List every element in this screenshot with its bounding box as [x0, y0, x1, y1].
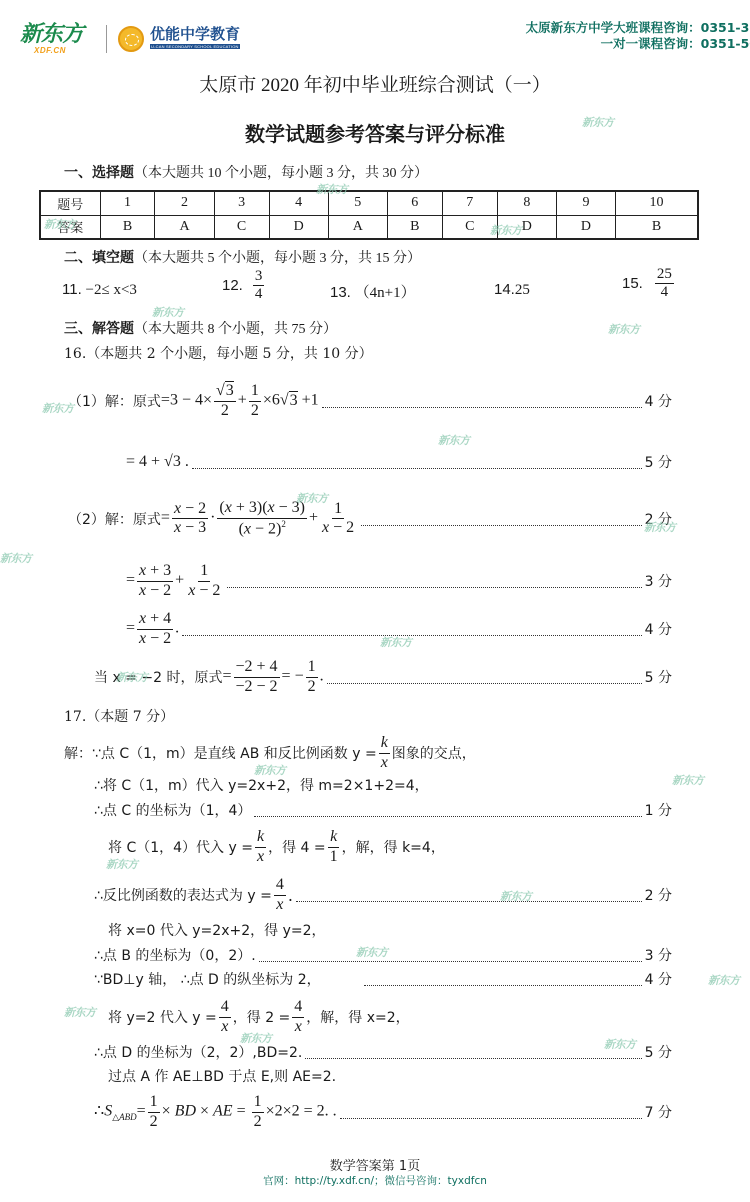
ucan-logo: 优能中学教育 U-CAN SECONDARY SCHOOL EDUCATION — [150, 26, 240, 49]
numerator: 3 — [253, 268, 265, 286]
dotted-leader — [327, 683, 642, 684]
table-cell: 10 — [616, 191, 699, 215]
watermark-logo: 新东方 — [604, 1036, 636, 1052]
score: 1 分 — [645, 800, 672, 820]
fraction: 4x — [274, 876, 286, 914]
dotted-leader — [254, 816, 641, 817]
text: 将 C（1，4）代入 y = — [108, 837, 253, 857]
contact-line-2: 一对一课程咨询：0351-50 — [526, 36, 750, 52]
section-1-heading: 一、选择题（本大题共 10 个小题，每小题 3 分，共 30 分） — [64, 162, 428, 182]
section-2-heading: 二、填空题（本大题共 5 个小题，每小题 3 分，共 15 分） — [64, 247, 421, 267]
score: 3 分 — [645, 571, 672, 591]
item-number: 13. — [330, 284, 351, 301]
table-cell: D — [269, 215, 328, 239]
fill-answer-12: 12. 34 — [222, 268, 266, 304]
text: ，得 4 = — [268, 837, 326, 857]
watermark-logo: 新东方 — [116, 669, 148, 685]
score: 4 分 — [645, 969, 672, 989]
table-cell: 3 — [214, 191, 269, 215]
table-header-question: 题号 — [40, 191, 100, 215]
watermark-logo: 新东方 — [42, 400, 74, 416]
score: 5 分 — [645, 452, 672, 472]
section-desc: （本大题共 10 个小题，每小题 3 分，共 30 分） — [134, 166, 428, 181]
dotted-leader — [259, 961, 642, 962]
watermark-logo: 新东方 — [106, 856, 138, 872]
watermark-logo: 新东方 — [0, 550, 32, 566]
table-cell: B — [100, 215, 155, 239]
q17-line-4: 将 C（1，4）代入 y = kx ，得 4 = k1 ，解，得 k=4， — [108, 824, 445, 870]
item-answer: −2≤ x<3 — [86, 282, 137, 298]
ucan-logo-subtitle: U-CAN SECONDARY SCHOOL EDUCATION — [150, 44, 240, 49]
equation: ∴S△ABD=12× BD × AE = 12×2×2 = 2. . — [94, 1093, 337, 1131]
text: ∴点 C 的坐标为（1，4） — [94, 800, 251, 820]
text: 过点 A 作 AE⊥BD 于点 E,则 AE=2. — [108, 1066, 336, 1086]
item-number: 11. — [62, 281, 82, 298]
item-answer: （4n+1） — [355, 285, 416, 301]
watermark-logo: 新东方 — [240, 1030, 272, 1046]
table-cell: 1 — [100, 191, 155, 215]
score: 2 分 — [645, 885, 672, 905]
table-cell: 9 — [556, 191, 615, 215]
document-subtitle: 数学试题参考答案与评分标准 — [0, 118, 750, 147]
section-label: 二、填空题 — [64, 250, 134, 266]
table-row-answers: 答案 B A C D A B C D D B — [40, 215, 698, 239]
item-number: 14. — [494, 281, 515, 298]
table-cell: B — [387, 215, 442, 239]
q16-part2-step4: 当 x = −2 时，原式 =−2 + 4−2 − 2= −12. 5 分 — [94, 652, 672, 702]
equation: =−2 + 4−2 − 2= −12. — [222, 658, 323, 696]
q17-line-2: ∴将 C（1，m）代入 y=2x+2，得 m=2×1+2=4， — [94, 775, 429, 795]
equation: =x − 2x − 3·(x + 3)(x − 3)(x − 2)2+1x − … — [161, 499, 358, 538]
q17-line-11: 过点 A 作 AE⊥BD 于点 E,则 AE=2. — [108, 1066, 336, 1086]
item-answer: 25 — [515, 282, 530, 298]
step-label: 当 x = −2 时，原式 — [94, 667, 222, 687]
watermark-logo: 新东方 — [380, 634, 412, 650]
table-cell: 8 — [497, 191, 556, 215]
score: 5 分 — [645, 1042, 672, 1062]
watermark-logo: 新东方 — [608, 321, 640, 337]
fraction: k1 — [328, 828, 340, 866]
text: 将 x=0 代入 y=2x+2，得 y=2， — [108, 920, 326, 940]
watermark-logo: 新东方 — [672, 772, 704, 788]
fraction: 34 — [253, 268, 265, 304]
step-label: （1）解：原式 — [68, 391, 161, 411]
header-contact: 太原新东方中学大班课程咨询：0351-37 一对一课程咨询：0351-50 — [526, 20, 750, 52]
table-row-questions: 题号 1 2 3 4 5 6 7 8 9 10 — [40, 191, 698, 215]
fill-answer-13: 13. （4n+1） — [330, 281, 416, 302]
watermark-logo: 新东方 — [64, 1004, 96, 1020]
text: 图象的交点， — [392, 743, 476, 763]
table-cell: 7 — [442, 191, 497, 215]
q17-heading: 17.（本题 7 分） — [64, 706, 174, 726]
section-desc: （本大题共 5 个小题，每小题 3 分，共 15 分） — [134, 251, 421, 266]
watermark-logo: 新东方 — [490, 222, 522, 238]
watermark-logo: 新东方 — [500, 888, 532, 904]
dotted-leader — [305, 1058, 641, 1059]
score: 4 分 — [645, 391, 672, 411]
text: ∴反比例函数的表达式为 y = — [94, 885, 272, 905]
q17-line-3: ∴点 C 的坐标为（1，4） 1 分 — [94, 800, 672, 820]
table-cell: D — [556, 215, 615, 239]
denominator: 4 — [253, 286, 265, 303]
xdf-logo: 新东方 XDF.CN — [20, 24, 92, 54]
contact-line-1: 太原新东方中学大班课程咨询：0351-37 — [526, 20, 750, 36]
q16-part2-step1: （2）解：原式 =x − 2x − 3·(x + 3)(x − 3)(x − 2… — [68, 494, 672, 544]
section-desc: （本大题共 8 个小题，共 75 分） — [134, 322, 337, 337]
xdf-logo-domain: XDF.CN — [34, 46, 92, 55]
dotted-leader — [322, 407, 642, 408]
numerator: 25 — [655, 266, 674, 284]
fraction: kx — [379, 734, 390, 772]
xdf-logo-text: 新东方 — [20, 24, 92, 46]
text: 解：∵点 C（1，m）是直线 AB 和反比例函数 y = — [64, 743, 377, 763]
fraction: 4x — [219, 998, 231, 1036]
watermark-logo: 新东方 — [582, 114, 614, 130]
dotted-leader — [364, 985, 642, 986]
document-title: 太原市 2020 年初中毕业班综合测试（一） — [0, 70, 750, 97]
q16-heading: 16.（本题共 2 个小题，每小题 5 分，共 10 分） — [64, 343, 373, 363]
ucan-logo-text: 优能中学教育 — [150, 26, 240, 43]
watermark-logo: 新东方 — [708, 972, 740, 988]
dotted-leader — [296, 901, 642, 902]
fill-answer-11: 11. −2≤ x<3 — [62, 281, 137, 299]
q16-part1-step1: （1）解：原式 =3 − 4×√32+12×6√3 +1 4 分 — [68, 376, 672, 426]
watermark-logo: 新东方 — [356, 944, 388, 960]
text: 将 y=2 代入 y = — [108, 1007, 217, 1027]
logo-divider — [106, 25, 107, 53]
watermark-logo: 新东方 — [152, 304, 184, 320]
section-3-heading: 三、解答题（本大题共 8 个小题，共 75 分） — [64, 318, 337, 338]
equation: = 4 + √3 . — [126, 453, 189, 471]
equation: =3 − 4×√32+12×6√3 +1 — [161, 382, 319, 420]
q16-part1-step2: = 4 + √3 . 5 分 — [126, 450, 672, 474]
table-cell: C — [214, 215, 269, 239]
text: ∴点 B 的坐标为（0，2）. — [94, 945, 256, 965]
ucan-logo-icon — [118, 26, 144, 52]
dotted-leader — [361, 525, 641, 526]
table-cell: 2 — [155, 191, 214, 215]
footer-contact: 官网：http://ty.xdf.cn/；微信号咨询：tyxdfcn — [0, 1173, 750, 1188]
score: 3 分 — [645, 945, 672, 965]
score: 7 分 — [645, 1102, 672, 1122]
table-cell: B — [616, 215, 699, 239]
text: ，得 2 = — [233, 1007, 291, 1027]
fraction: kx — [255, 828, 266, 866]
watermark-logo: 新东方 — [644, 519, 676, 535]
item-number: 12. — [222, 277, 243, 294]
table-cell: A — [155, 215, 214, 239]
dotted-leader — [227, 587, 641, 588]
q17-line-12: ∴S△ABD=12× BD × AE = 12×2×2 = 2. . 7 分 — [94, 1088, 672, 1136]
page-number: 数学答案第 1页 — [0, 1155, 750, 1174]
q17-line-8: ∵BD⊥y 轴， ∴点 D 的纵坐标为 2， 4 分 — [94, 969, 672, 989]
table-cell: 6 — [387, 191, 442, 215]
q17-line-10: ∴点 D 的坐标为（2，2）,BD=2. 5 分 — [94, 1042, 672, 1062]
equation: =x + 3x − 2+1x − 2 — [126, 562, 224, 600]
fraction: 4x — [292, 998, 304, 1036]
table-cell: A — [328, 215, 387, 239]
equation: =x + 4x − 2. — [126, 610, 179, 648]
watermark-logo: 新东方 — [254, 762, 286, 778]
watermark-logo: 新东方 — [438, 432, 470, 448]
score: 4 分 — [645, 619, 672, 639]
step-label: （2）解：原式 — [68, 509, 161, 529]
answer-table: 题号 1 2 3 4 5 6 7 8 9 10 答案 B A C D A B C… — [39, 190, 699, 240]
text: ∴将 C（1，m）代入 y=2x+2，得 m=2×1+2=4， — [94, 775, 429, 795]
watermark-logo: 新东方 — [316, 181, 348, 197]
q17-line-6: 将 x=0 代入 y=2x+2，得 y=2， — [108, 920, 326, 940]
section-label: 一、选择题 — [64, 165, 134, 181]
watermark-logo: 新东方 — [296, 490, 328, 506]
q16-part2-step2: =x + 3x − 2+1x − 2 3 分 — [126, 556, 672, 606]
dotted-leader — [340, 1118, 642, 1119]
denominator: 4 — [659, 284, 671, 301]
q17-line-5: ∴反比例函数的表达式为 y = 4x. 2 分 — [94, 872, 672, 918]
section-label: 三、解答题 — [64, 321, 134, 337]
score: 5 分 — [645, 667, 672, 687]
text: ，解，得 x=2， — [306, 1007, 409, 1027]
item-number: 15. — [622, 275, 643, 292]
fill-answer-14: 14.25 — [494, 281, 530, 299]
table-cell: C — [442, 215, 497, 239]
fill-answer-15: 15. 254 — [622, 266, 676, 302]
fraction: 254 — [655, 266, 674, 302]
text: ，解，得 k=4， — [342, 837, 445, 857]
dotted-leader — [192, 468, 642, 469]
watermark-logo: 新东方 — [44, 216, 76, 232]
text: ∵BD⊥y 轴， ∴点 D 的纵坐标为 2， — [94, 969, 321, 989]
